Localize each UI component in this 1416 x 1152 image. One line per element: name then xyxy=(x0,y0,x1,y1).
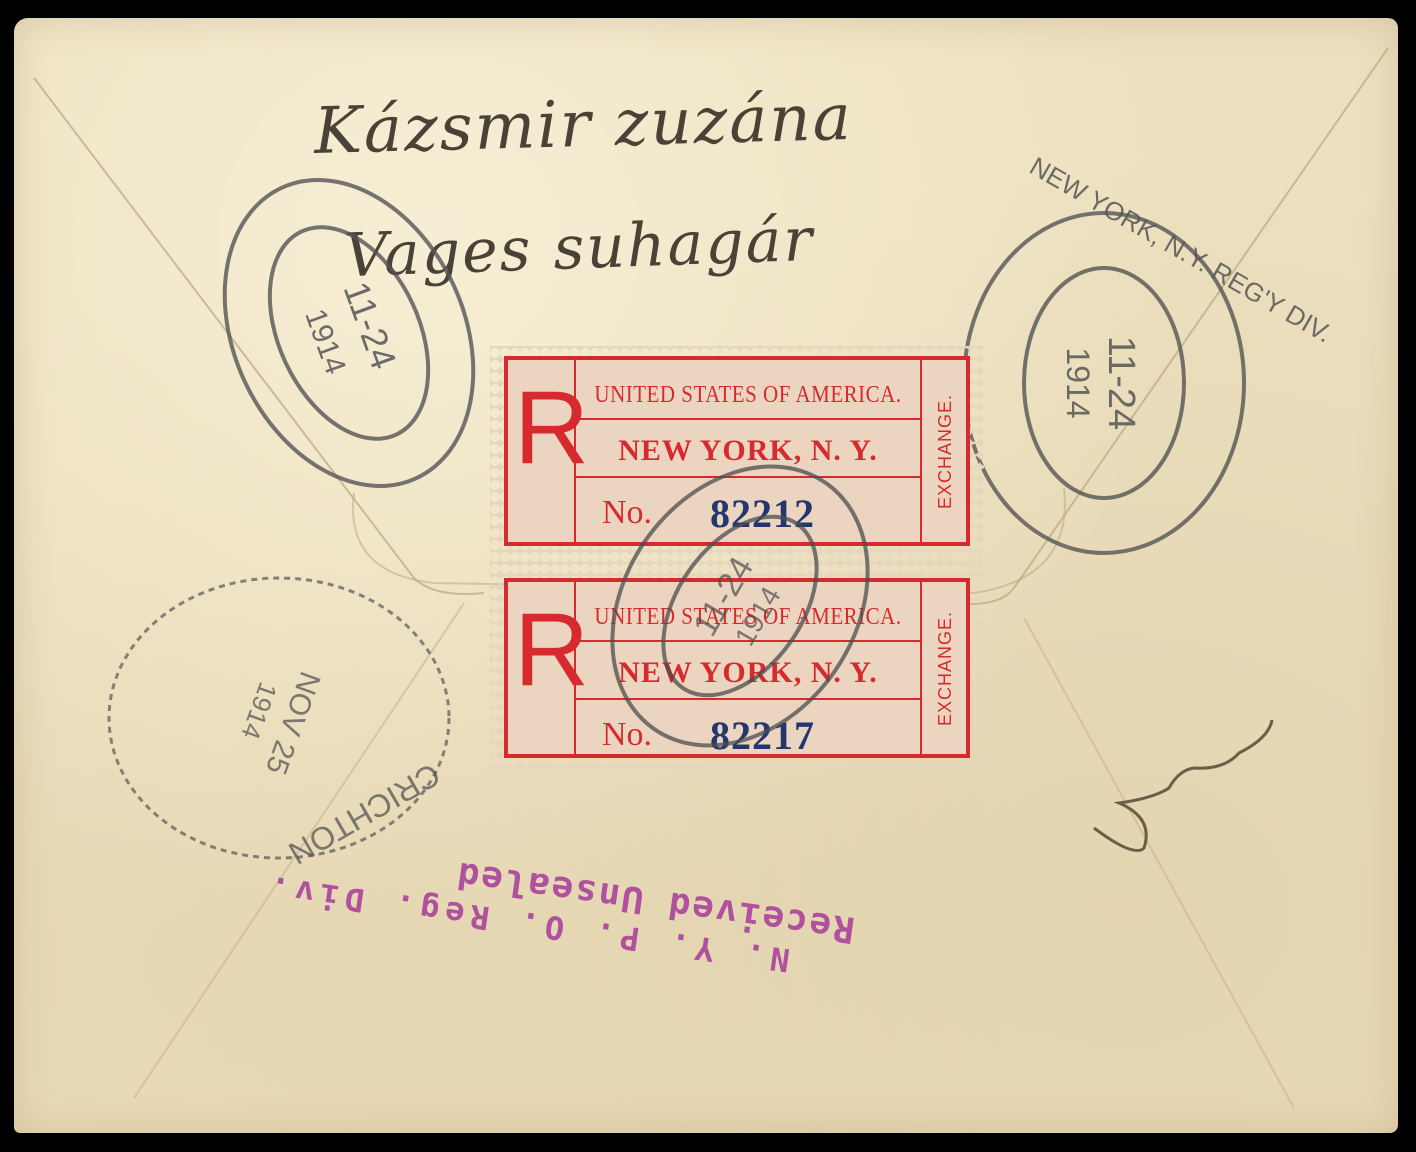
postmark-new-york-right: 11-24 1914 NEW YORK, N.Y. REG'Y DIV. xyxy=(944,198,1264,573)
postmark-date: 11-24 xyxy=(1100,336,1142,430)
registration-labels-pair: R UNITED STATES OF AMERICA. NEW YORK, N.… xyxy=(490,346,990,768)
registered-r-mark: R xyxy=(514,598,576,702)
label-side-text: EXCHANGE. xyxy=(936,393,957,508)
postmark-new-york-left: 11-24 1914 xyxy=(199,148,499,523)
envelope-back: Kázsmir zuzána Vages suhagár 11-24 1914 … xyxy=(14,18,1398,1133)
pencil-mark xyxy=(1074,708,1294,878)
postmark-year: 1914 xyxy=(298,305,352,379)
label-side-text: EXCHANGE. xyxy=(936,610,957,725)
label-country: UNITED STATES OF AMERICA. xyxy=(584,380,912,409)
registered-r-mark: R xyxy=(514,376,576,480)
postmark-new-york-center: 11-24 1914 xyxy=(580,446,900,766)
postmark-year: 1914 xyxy=(1060,347,1096,418)
